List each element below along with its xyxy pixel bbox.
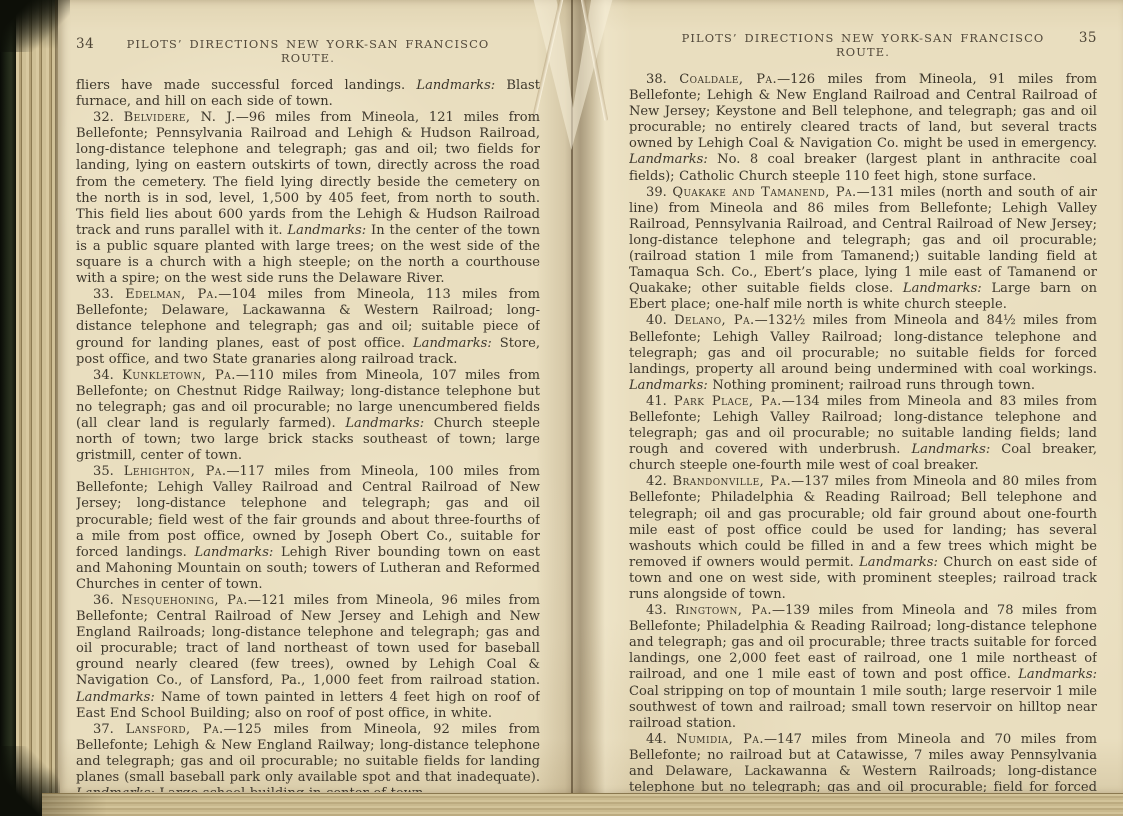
town-name: Numidia, Pa. xyxy=(676,732,764,747)
paragraph: 38. Coaldale, Pa.—126 miles from Mineola… xyxy=(629,72,1097,185)
landmarks-label: Landmarks: xyxy=(287,223,366,238)
landmarks-label: Landmarks: xyxy=(859,555,938,570)
body-text: 32. xyxy=(93,110,124,125)
town-name: Nesquehoning, Pa. xyxy=(122,593,248,608)
town-name: Quakake and Tamanend, Pa. xyxy=(672,185,856,200)
book-scan: 34 PILOTS’ DIRECTIONS NEW YORK-SAN FRANC… xyxy=(0,0,1123,816)
body-text: —96 miles from Mineola, 121 miles from B… xyxy=(76,110,540,238)
paragraph: 34. Kunkletown, Pa.—110 miles from Mineo… xyxy=(76,368,540,465)
page-34: 34 PILOTS’ DIRECTIONS NEW YORK-SAN FRANC… xyxy=(76,36,540,792)
paragraph: 42. Brandonville, Pa.—137 miles from Min… xyxy=(629,474,1097,603)
landmarks-label: Landmarks: xyxy=(76,690,155,705)
town-name: Delano, Pa. xyxy=(674,313,755,328)
body-text: —131 miles (north and south of air line)… xyxy=(629,185,1097,297)
paragraph: 33. Edelman, Pa.—104 miles from Mineola,… xyxy=(76,287,540,367)
running-title: PILOTS’ DIRECTIONS NEW YORK-SAN FRANCISC… xyxy=(120,37,496,65)
page-stack-edge xyxy=(16,0,58,816)
running-header-right: PILOTS’ DIRECTIONS NEW YORK-SAN FRANCISC… xyxy=(629,30,1097,59)
body-text: 44. xyxy=(646,732,676,747)
body-text: Nothing prominent; railroad runs through… xyxy=(708,378,1035,393)
body-text: fliers have made successful forced landi… xyxy=(76,78,416,93)
landmarks-label: Landmarks: xyxy=(903,281,982,296)
body-text: 35. xyxy=(93,464,124,479)
landmarks-label: Landmarks: xyxy=(345,416,424,431)
body-text: Coal stripping on top of mountain 1 mile… xyxy=(629,684,1097,731)
paragraph: 32. Belvidere, N. J.—96 miles from Mineo… xyxy=(76,110,540,287)
running-header-left: 34 PILOTS’ DIRECTIONS NEW YORK-SAN FRANC… xyxy=(76,36,540,65)
landmarks-label: Landmarks: xyxy=(911,442,990,457)
town-name: Lansford, Pa. xyxy=(126,722,224,737)
body-text: 34. xyxy=(93,368,122,383)
landmarks-label: Landmarks: xyxy=(195,545,274,560)
town-name: Ringtown, Pa. xyxy=(675,603,772,618)
cover-corner-top xyxy=(0,0,70,52)
body-text: 42. xyxy=(646,474,673,489)
town-name: Edelman, Pa. xyxy=(125,287,218,302)
body-text: 40. xyxy=(646,313,674,328)
body-text: 39. xyxy=(646,185,672,200)
body-text: 36. xyxy=(93,593,122,608)
landmarks-label: Landmarks: xyxy=(629,152,708,167)
body-text: 38. xyxy=(646,72,679,87)
landmarks-label: Landmarks: xyxy=(629,378,708,393)
running-title: PILOTS’ DIRECTIONS NEW YORK-SAN FRANCISC… xyxy=(673,31,1053,59)
town-name: Coaldale, Pa. xyxy=(679,72,777,87)
page-body: fliers have made successful forced landi… xyxy=(76,78,540,792)
body-text: 43. xyxy=(646,603,675,618)
paragraph: 36. Nesquehoning, Pa.—121 miles from Min… xyxy=(76,593,540,722)
landmarks-label: Landmarks: xyxy=(1018,667,1097,682)
paragraph: 41. Park Place, Pa.—134 miles from Mineo… xyxy=(629,394,1097,474)
paragraph: 35. Lehighton, Pa.—117 miles from Mineol… xyxy=(76,464,540,593)
paragraph: 39. Quakake and Tamanend, Pa.—131 miles … xyxy=(629,185,1097,314)
landmarks-label: Landmarks: xyxy=(416,78,495,93)
paragraph: 40. Delano, Pa.—132½ miles from Mineola … xyxy=(629,313,1097,393)
book-cover-edge xyxy=(0,0,16,816)
body-text: 41. xyxy=(646,394,674,409)
paragraph: 44. Numidia, Pa.—147 miles from Mineola … xyxy=(629,732,1097,792)
landmarks-label: Landmarks: xyxy=(413,336,492,351)
town-name: Belvidere, N. J. xyxy=(124,110,236,125)
paragraph: 37. Lansford, Pa.—125 miles from Mineola… xyxy=(76,722,540,792)
town-name: Brandonville, Pa. xyxy=(673,474,792,489)
bottom-page-edges xyxy=(42,793,1123,816)
page-number: 34 xyxy=(76,36,120,52)
town-name: Lehighton, Pa. xyxy=(124,464,227,479)
page-35: PILOTS’ DIRECTIONS NEW YORK-SAN FRANCISC… xyxy=(629,30,1097,792)
top-binding-fold xyxy=(532,0,614,150)
body-text: 37. xyxy=(93,722,126,737)
page-number: 35 xyxy=(1053,30,1097,46)
paragraph: 43. Ringtown, Pa.—139 miles from Mineola… xyxy=(629,603,1097,732)
paragraph: fliers have made successful forced landi… xyxy=(76,78,540,110)
town-name: Park Place, Pa. xyxy=(674,394,782,409)
town-name: Kunkletown, Pa. xyxy=(122,368,236,383)
body-text: 33. xyxy=(93,287,125,302)
body-text: Large school building in center of town. xyxy=(155,786,428,792)
landmarks-label: Landmarks: xyxy=(76,786,155,792)
page-body: 38. Coaldale, Pa.—126 miles from Mineola… xyxy=(629,72,1097,792)
